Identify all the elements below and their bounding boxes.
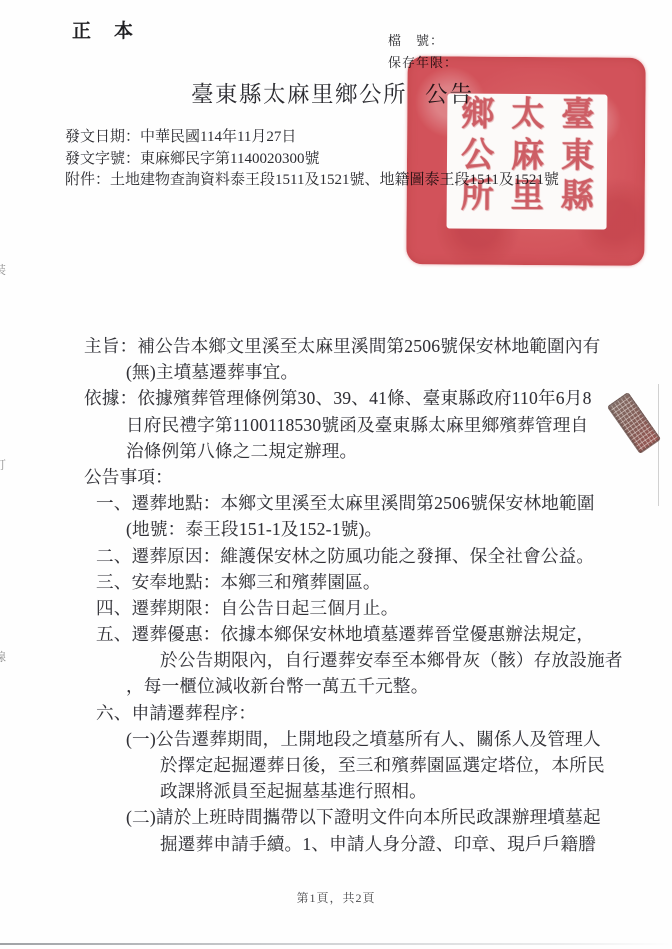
body-line-basis: 依據：依據殯葬管理條例第30、39、41條、臺東縣政府110年6月8 — [0, 385, 672, 411]
body-line: 掘遷葬申請手續。1、申請人身分證、印章、現戶戶籍謄 — [0, 831, 672, 857]
seal-column-left: 鄉公所 — [449, 95, 500, 227]
body-line-item-2: 二、遷葬原因：維護保安林之防風功能之發揮、保全社會公益。 — [0, 543, 672, 569]
document-page: 正 本 檔 號： 保存年限： 臺東縣太麻里鄉公所 公告 發文日期：中華民國114… — [0, 0, 672, 949]
body-line-items-header: 公告事項： — [0, 464, 672, 490]
body-line: ，每一櫃位減收新台幣一萬五千元整。 — [0, 673, 672, 699]
copy-type-label: 正 本 — [72, 16, 135, 43]
official-red-seal: 臺東縣 太麻里 鄉公所 — [406, 56, 645, 266]
body-line: 治條例第八條之二規定辦理。 — [0, 438, 672, 464]
announcement-body: 主旨：補公告本鄉文里溪至太麻里溪間第2506號保安林地範圍內有 (無)主墳墓遷葬… — [0, 333, 672, 857]
body-line-item-5: 五、遷葬優惠：依據本鄉保安林地墳墓遷葬晉堂優惠辦法規定， — [0, 621, 672, 647]
body-line-subject: 主旨：補公告本鄉文里溪至太麻里溪間第2506號保安林地範圍內有 — [0, 333, 672, 359]
seal-column-right: 臺東縣 — [549, 96, 600, 228]
body-line: (無)主墳墓遷葬事宜。 — [0, 359, 672, 385]
body-line-item-4: 四、遷葬期限：自公告日起三個月止。 — [0, 595, 672, 621]
scan-bottom-edge — [0, 943, 672, 945]
body-line: 於擇定起掘遷葬日後，至三和殯葬園區選定塔位，本所民 — [0, 752, 672, 778]
archive-no-label: 檔 號： — [388, 30, 458, 52]
body-line-item-6: 六、申請遷葬程序： — [0, 700, 672, 726]
official-seal-text: 臺東縣 太麻里 鄉公所 — [447, 93, 608, 229]
body-line-subitem-2: (二)請於上班時間攜帶以下證明文件向本所民政課辦理墳墓起 — [0, 804, 672, 830]
seal-column-middle: 太麻里 — [499, 95, 550, 227]
body-line-item-1: 一、遷葬地點：本鄉文里溪至太麻里溪間第2506號保安林地範圍 — [0, 490, 672, 516]
body-line: (地號：泰王段151-1及152-1號)。 — [0, 516, 672, 542]
body-line-item-3: 三、安奉地點：本鄉三和殯葬園區。 — [0, 569, 672, 595]
body-line: 於公告期限內，自行遷葬安奉至本鄉骨灰（骸）存放設施者 — [0, 647, 672, 673]
body-line-subitem-1: (一)公告遷葬期間，上開地段之墳墓所有人、關係人及管理人 — [0, 726, 672, 752]
body-line: 日府民禮字第1100118530號函及臺東縣太麻里鄉殯葬管理自 — [0, 412, 672, 438]
binding-mark-zhuang: 裝 — [0, 261, 6, 278]
page-number-footer: 第1頁，共2頁 — [0, 889, 672, 906]
body-line: 政課將派員至起掘墓基進行照相。 — [0, 778, 672, 804]
issuing-agency-name: 臺東縣太麻里鄉公所 — [191, 77, 407, 109]
